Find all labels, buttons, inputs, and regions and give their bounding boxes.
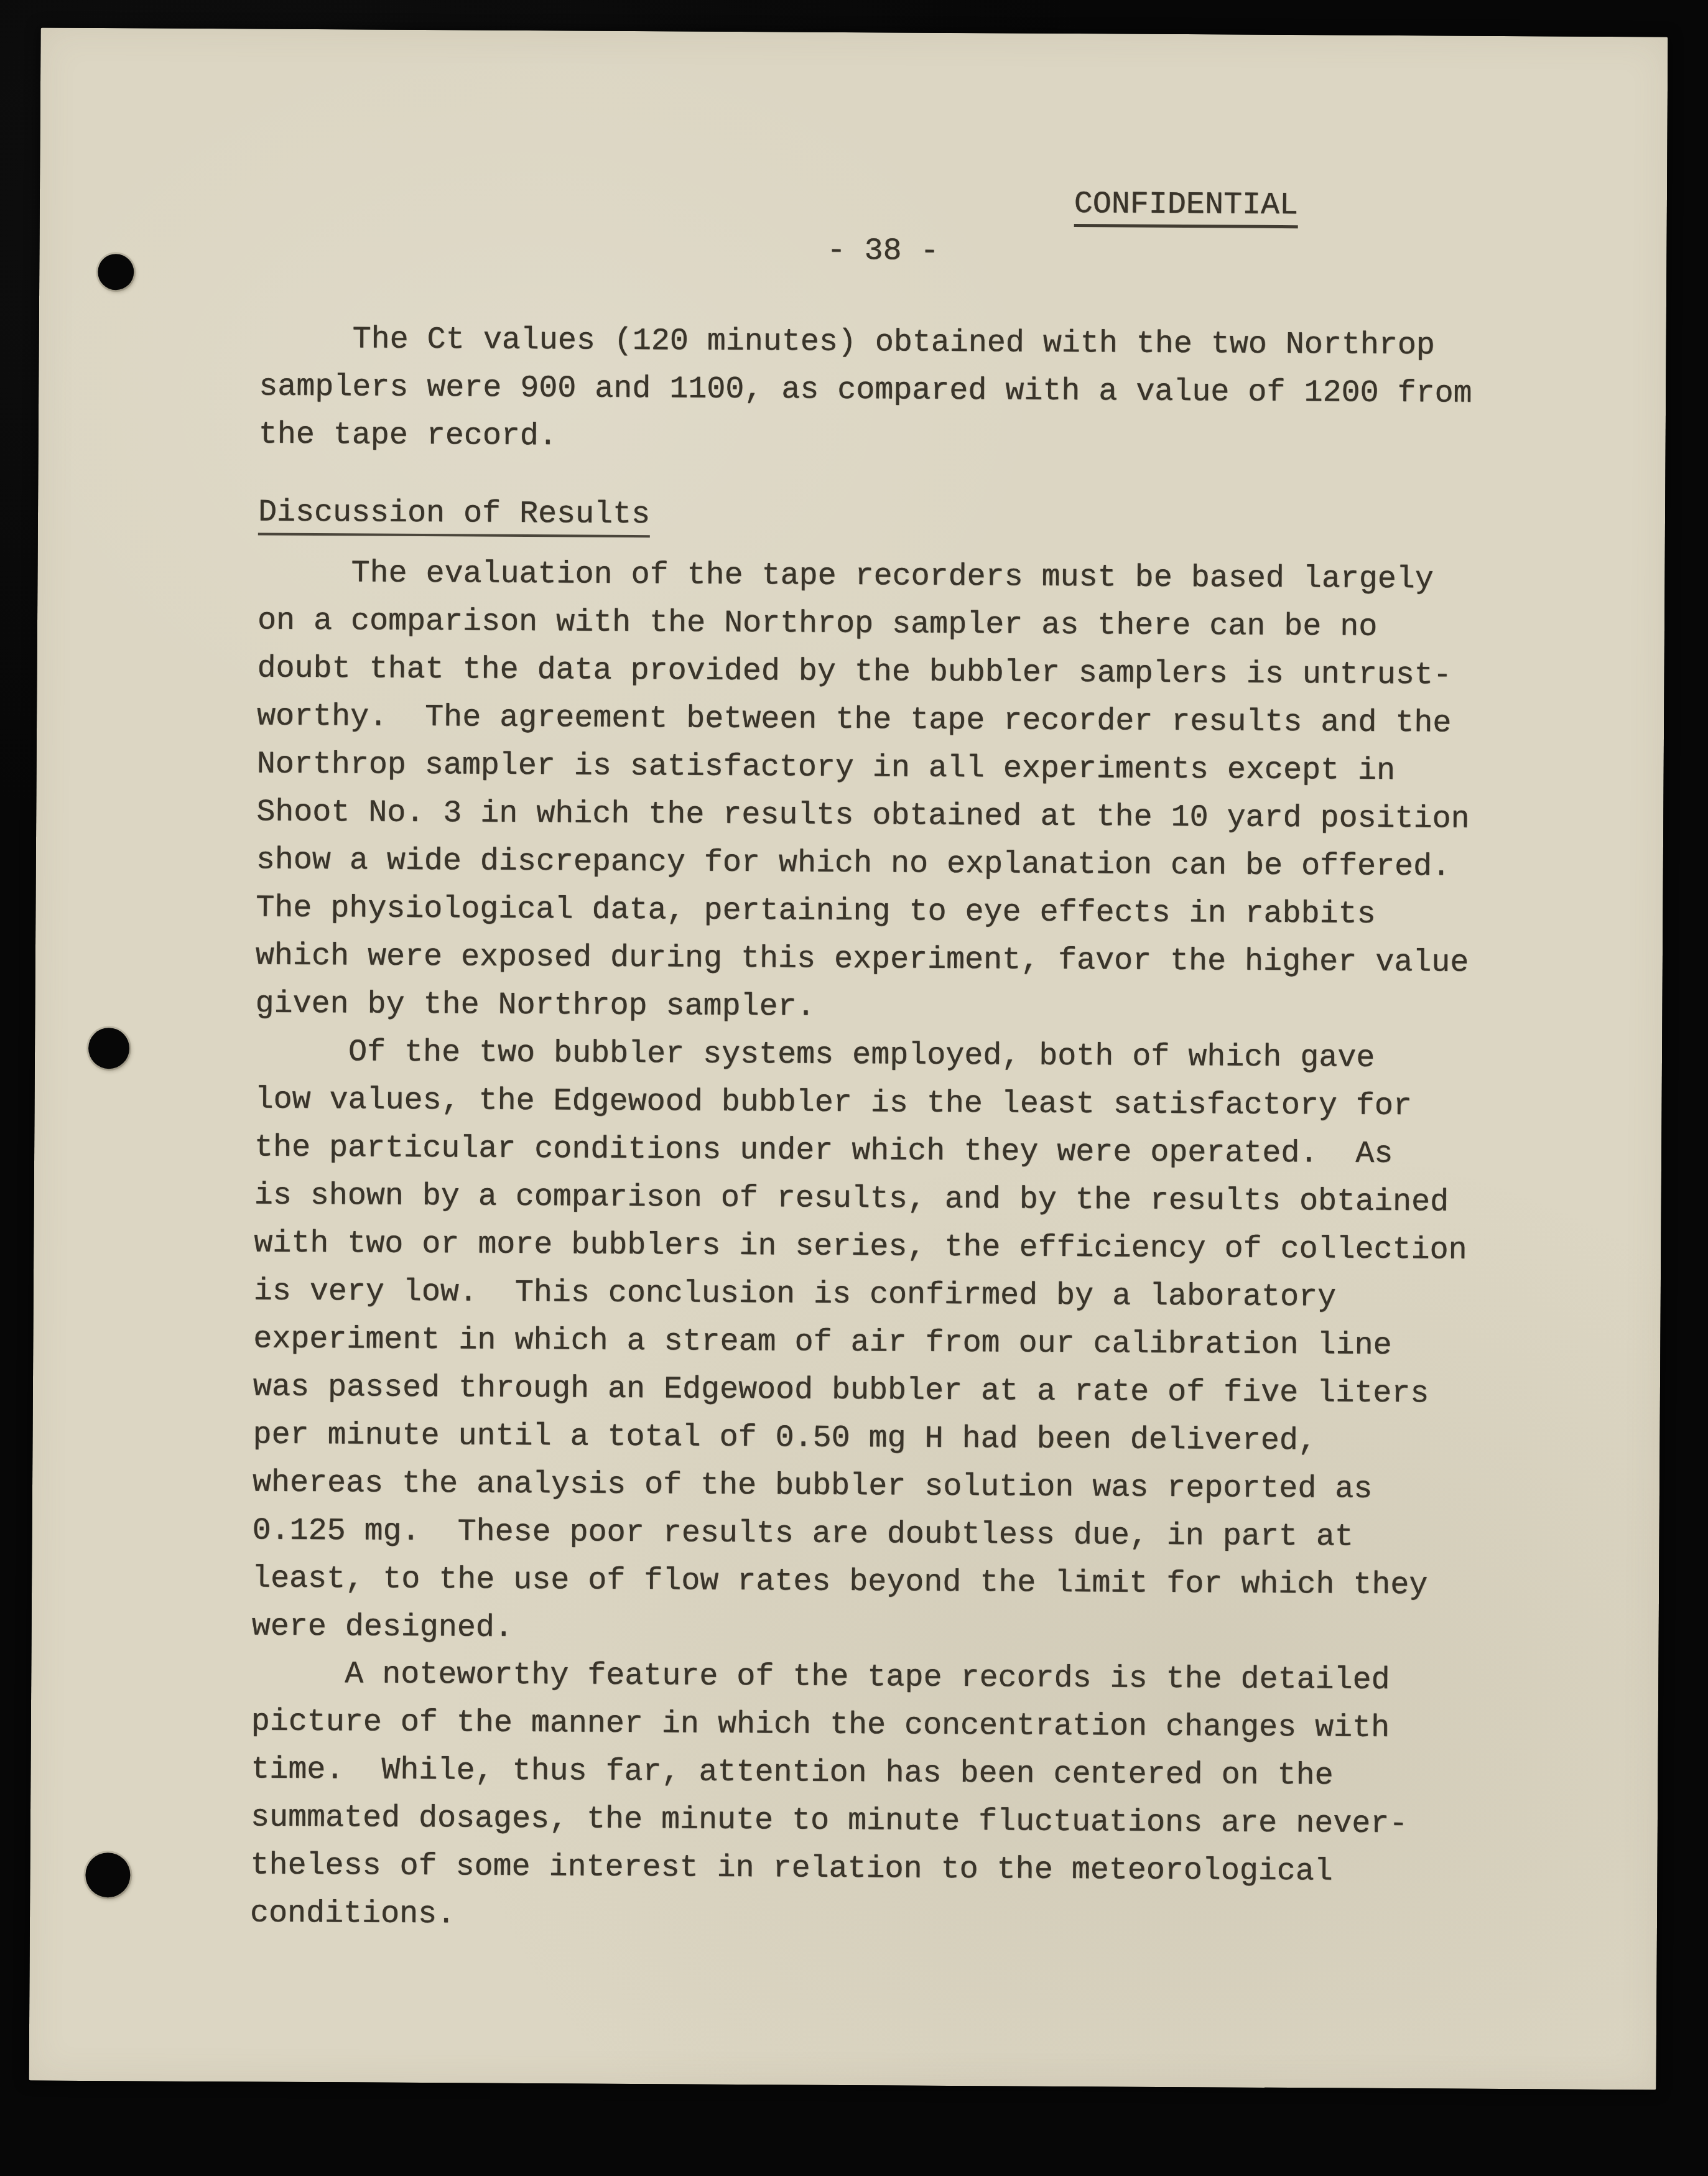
punch-hole-bottom <box>85 1853 130 1897</box>
scan-background: CONFIDENTIAL - 38 - The Ct values (120 m… <box>0 0 1708 2176</box>
paragraph-bubbler-systems: Of the two bubbler systems employed, bot… <box>252 1028 1649 1659</box>
paragraph-ct-values: The Ct values (120 minutes) obtained wit… <box>259 315 1653 467</box>
section-heading: Discussion of Results <box>258 496 650 538</box>
confidential-stamp: CONFIDENTIAL <box>1074 189 1298 228</box>
punch-hole-middle <box>88 1028 129 1069</box>
page-number: - 38 - <box>827 236 939 267</box>
paragraph-evaluation: The evaluation of the tape recorders mus… <box>255 549 1651 1036</box>
paragraph-tape-records: A noteworthy feature of the tape records… <box>250 1650 1645 1945</box>
document-page: CONFIDENTIAL - 38 - The Ct values (120 m… <box>29 27 1668 2090</box>
punch-hole-top <box>98 254 134 290</box>
